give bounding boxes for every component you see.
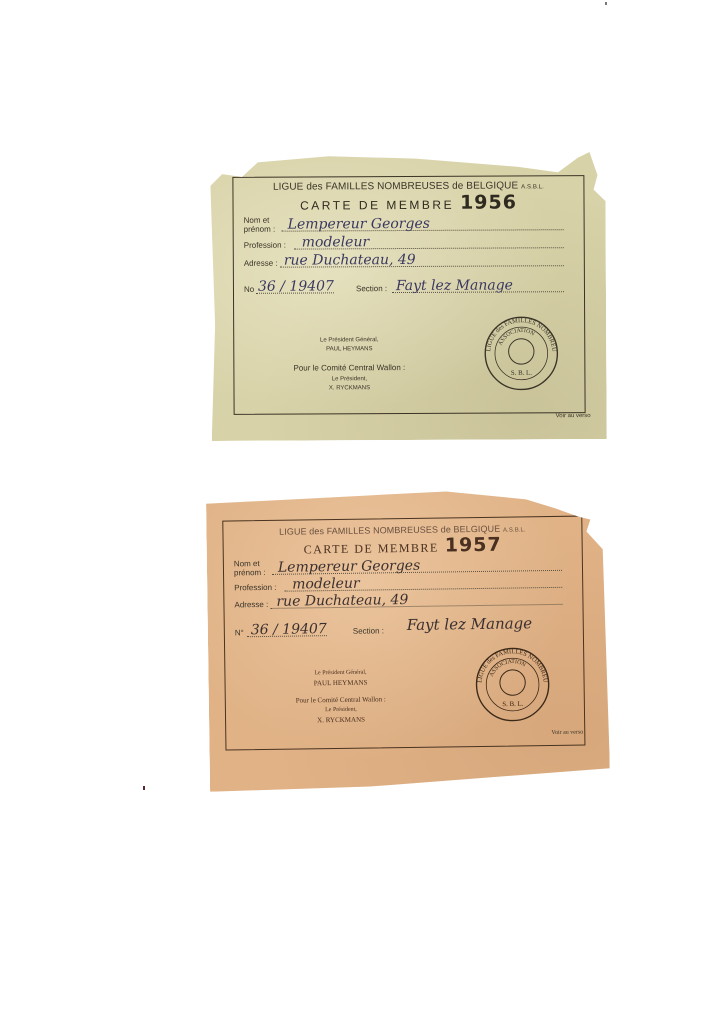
profession-value: modeleur [302,234,370,250]
address-value: rue Duchateau, 49 [276,592,408,610]
asbl-label: A.S.B.L. [521,184,544,190]
association-stamp-icon: LIGUE des FAMILLES NOMBREUSES de BELGIQU… [482,314,560,392]
svg-text:S. B. L.: S. B. L. [511,370,532,377]
address-row: Adresse : rue Duchateau, 49 [244,252,564,270]
membership-card-1957: LIGUE des FAMILLES NOMBREUSES de BELGIQU… [206,489,610,795]
number-label: N° [235,628,244,637]
profession-label: Profession : [234,583,276,593]
committee-label: Pour le Comité Central Wallon : [234,363,464,373]
profession-label: Profession : [244,241,286,250]
president-name: PAUL HEYMANS [226,677,456,688]
association-stamp-icon: LIGUE des FAMILLES NOMBREUSES de BELGIQU… [473,645,552,724]
see-reverse-note: Voir au verso [551,730,583,736]
card-border: LIGUE des FAMILLES NOMBREUSES de BELGIQU… [222,516,585,751]
profession-value: modeleur [292,576,360,593]
name-value: Lempereur Georges [278,558,420,576]
card-year: 1957 [445,534,502,557]
card-year: 1956 [460,191,517,213]
section-label: Section : [356,284,387,293]
section-value: Fayt lez Manage [396,277,513,294]
card-title: CARTE DE MEMBRE1957 [224,533,582,560]
see-reverse-note: Voir au verso [556,413,591,419]
section-label: Section : [353,626,384,635]
card-title: CARTE DE MEMBRE1956 [233,191,583,215]
committee-label: Pour le Comité Central Wallon : [226,694,456,705]
title-text: CARTE DE MEMBRE [300,198,454,213]
name-label: Nom etprénom : [234,559,266,577]
scan-speck [143,786,145,790]
name-value: Lempereur Georges [288,216,430,233]
president-title: Le Président Général, [225,668,455,677]
address-label: Adresse : [244,259,278,268]
number-section-row: No 36 / 19407 Section : Fayt lez Manage [244,278,564,296]
address-value: rue Duchateau, 49 [284,252,416,269]
committee-president-title: Le Président, [226,705,456,714]
committee-president-name: X. RYCKMANS [234,385,464,392]
committee-president-title: Le Président, [234,376,464,383]
number-value: 36 / 19407 [258,278,334,294]
committee-president-name: X. RYCKMANS [226,714,456,725]
section-value: Fayt lez Manage [407,614,533,634]
profession-row: Profession : modeleur [244,234,564,252]
address-label: Adresse : [234,600,268,609]
title-text: CARTE DE MEMBRE [304,541,439,557]
number-value: 36 / 19407 [251,621,327,638]
svg-text:ASSOCIATION: ASSOCIATION [498,328,537,347]
svg-text:S. B. L.: S. B. L. [502,701,523,708]
card-border: LIGUE des FAMILLES NOMBREUSES de BELGIQU… [232,175,585,415]
membership-card-1956: LIGUE des FAMILLES NOMBREUSES de BELGIQU… [210,149,607,441]
president-name: PAUL HEYMANS [234,346,464,353]
number-section-row: N° 36 / 19407 Section : Fayt lez Manage [235,619,563,640]
address-row: Adresse : rue Duchateau, 49 [234,591,562,612]
number-label: No [244,285,254,294]
name-label: Nom etprénom : [244,216,276,234]
name-row: Nom etprénom : Lempereur Georges [244,216,564,234]
president-title: Le Président Général, [234,337,464,344]
scan-speck [605,2,607,5]
